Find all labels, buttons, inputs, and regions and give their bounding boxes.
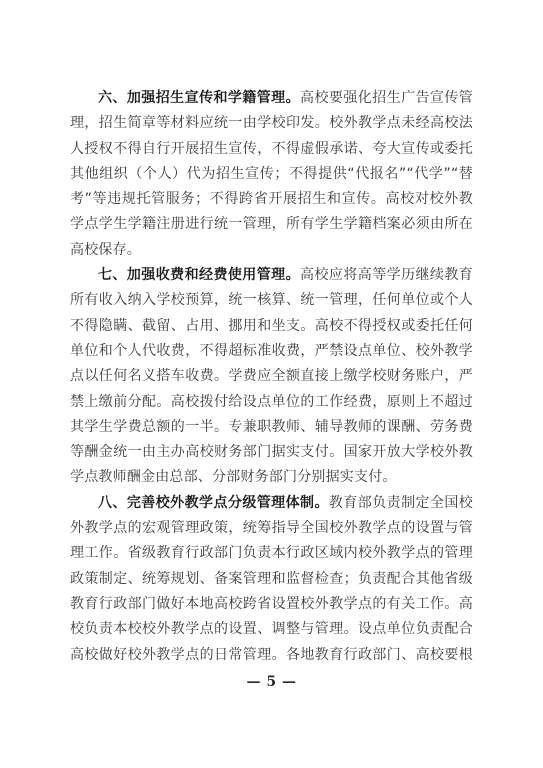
text-line: 其学生学费总额的一半。专兼职教师、辅导教师的课酬、劳务费	[70, 415, 473, 440]
text-line: 单位和个人代收费，不得超标准收费，严禁设点单位、校外教学	[70, 339, 473, 364]
text-line: 六、加强招生宣传和学籍管理。高校要强化招生广告宣传管	[70, 86, 473, 111]
text-line: 其他组织（个人）代为招生宣传；不得提供“代报名”“代学”“替	[70, 162, 473, 187]
text-line: 禁上缴前分配。高校拨付给设点单位的工作经费，原则上不超过	[70, 390, 473, 415]
text-line: 等酬金统一由主办高校财务部门据实支付。国家开放大学校外教	[70, 440, 473, 465]
text-line: 高校保存。	[70, 238, 473, 263]
document-page: 六、加强招生宣传和学籍管理。高校要强化招生广告宣传管理，招生简章等材料应统一由学…	[0, 0, 543, 768]
text-line: 点以任何名义搭车收费。学费应全额直接上缴学校财务账户，严	[70, 364, 473, 389]
text-line: 外教学点的宏观管理政策，统筹指导全国校外教学点的设置与管	[70, 516, 473, 541]
text-line: 学点学生学籍注册进行统一管理，所有学生学籍档案必须由所在	[70, 212, 473, 237]
section-heading: 八、完善校外教学点分级管理体制。	[98, 495, 329, 511]
text-line: 高校做好校外教学点的日常管理。各地教育行政部门、高校要根	[70, 643, 473, 668]
text-line: 学点教师酬金由总部、分部财务部门分别据实支付。	[70, 465, 473, 490]
text-line: 校负责本校校外教学点的设置、调整与管理。设点单位负责配合	[70, 617, 473, 642]
text-line: 考”等违规托管服务；不得跨省开展招生和宣传。高校对校外教	[70, 187, 473, 212]
line-text: 高校应将高等学历继续教育	[300, 267, 473, 283]
page-number: — 5 —	[0, 674, 543, 699]
text-line: 教育行政部门做好本地高校跨省设置校外教学点的有关工作。高	[70, 592, 473, 617]
text-line: 政策制定、统筹规划、备案管理和监督检查；负责配合其他省级	[70, 567, 473, 592]
line-text: 高校要强化招生广告宣传管	[300, 90, 473, 106]
text-line: 所有收入纳入学校预算，统一核算、统一管理，任何单位或个人	[70, 288, 473, 313]
section-heading: 六、加强招生宣传和学籍管理。	[98, 90, 300, 106]
text-line: 理工作。省级教育行政部门负责本行政区域内校外教学点的管理	[70, 541, 473, 566]
text-line: 人授权不得自行开展招生宣传，不得虚假承诺、夸大宣传或委托	[70, 137, 473, 162]
paragraph: 八、完善校外教学点分级管理体制。教育部负责制定全国校外教学点的宏观管理政策，统筹…	[70, 491, 473, 668]
line-text: 教育部负责制定全国校	[329, 495, 473, 511]
text-line: 七、加强收费和经费使用管理。高校应将高等学历继续教育	[70, 263, 473, 288]
document-body: 六、加强招生宣传和学籍管理。高校要强化招生广告宣传管理，招生简章等材料应统一由学…	[70, 86, 473, 668]
paragraph: 七、加强收费和经费使用管理。高校应将高等学历继续教育所有收入纳入学校预算，统一核…	[70, 263, 473, 491]
section-heading: 七、加强收费和经费使用管理。	[98, 267, 300, 283]
text-line: 理，招生简章等材料应统一由学校印发。校外教学点未经高校法	[70, 111, 473, 136]
paragraph: 六、加强招生宣传和学籍管理。高校要强化招生广告宣传管理，招生简章等材料应统一由学…	[70, 86, 473, 263]
text-line: 不得隐瞒、截留、占用、挪用和坐支。高校不得授权或委托任何	[70, 314, 473, 339]
text-line: 八、完善校外教学点分级管理体制。教育部负责制定全国校	[70, 491, 473, 516]
